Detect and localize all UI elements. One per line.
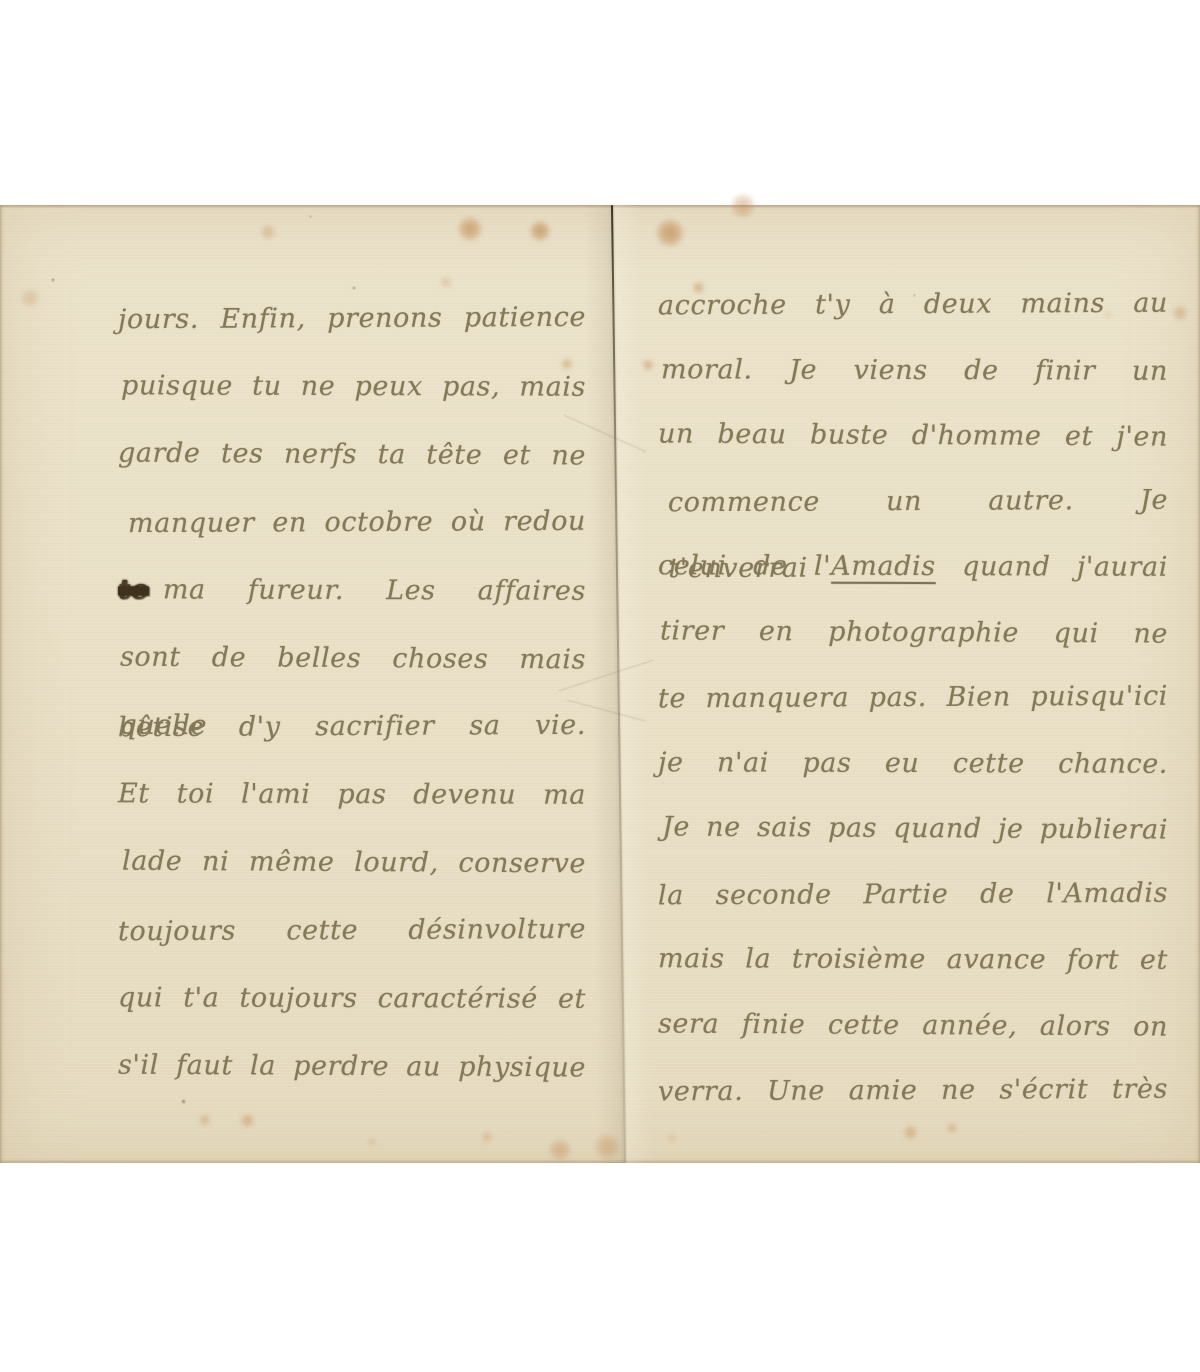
struck-out-word: te (118, 574, 149, 605)
handwritten-line-with-strikeout: tema fureur. Les affaires (118, 556, 586, 625)
handwritten-line: sera finie cette année, alors on (658, 991, 1168, 1060)
handwritten-line: te manquera pas. Bien puisqu'ici (658, 664, 1168, 732)
handwritten-line: manquer en octobre où redou (118, 488, 586, 558)
handwritten-line: puisque tu ne peux pas, mais (118, 352, 586, 421)
handwritten-line: jours. Enfin, prenons patience (118, 284, 586, 354)
handwritten-line: verra. Une amie ne s'écrit très (658, 1057, 1168, 1125)
handwritten-line: bêtise d'y sacrifier sa vie. (118, 692, 586, 762)
letter-paper: jours. Enfin, prenons patience puisque t… (0, 205, 1200, 1163)
handwritten-line: s'il faut la perdre au physique (118, 1032, 586, 1103)
handwritten-line: commence un autre. Je t'enverrai (658, 467, 1168, 535)
line-text: quand j'aurai (936, 551, 1168, 583)
right-page-text: accroche t'y à deux mains au moral. Je v… (658, 272, 1168, 1124)
left-page-text: jours. Enfin, prenons patience puisque t… (118, 285, 586, 1101)
handwritten-line: Je ne sais pas quand je publierai (658, 794, 1168, 863)
handwritten-line: lade ni même lourd, conserve (118, 828, 586, 899)
underlined-word-amadis: Amadis (831, 551, 936, 582)
handwritten-line: moral. Je viens de finir un (658, 337, 1168, 404)
handwritten-line: toujours cette désinvolture (118, 896, 586, 966)
handwritten-line: garde tes nerfs ta tête et ne (118, 420, 586, 491)
handwritten-line: tirer en photographie qui ne (658, 598, 1168, 667)
handwritten-line: accroche t'y à deux mains au (658, 271, 1168, 339)
handwritten-line: Et toi l'ami pas devenu ma (118, 760, 586, 829)
handwritten-line: je n'ai pas eu cette chance. (658, 730, 1168, 797)
handwritten-line-with-underline: celui de l'Amadis quand j'aurai (658, 533, 1168, 600)
line-text: celui de l' (658, 550, 831, 582)
handwritten-line: mais la troisième avance fort et (658, 926, 1168, 993)
handwritten-line: un beau buste d'homme et j'en (658, 401, 1168, 470)
line-text: ma fureur. Les affaires (163, 574, 586, 606)
handwritten-line: qui t'a toujours caractérisé et (118, 964, 586, 1033)
scan-area: jours. Enfin, prenons patience puisque t… (0, 0, 1200, 1372)
handwritten-line: la seconde Partie de l'Amadis (658, 860, 1168, 928)
handwritten-line: sont de belles choses mais quelle (118, 624, 586, 695)
